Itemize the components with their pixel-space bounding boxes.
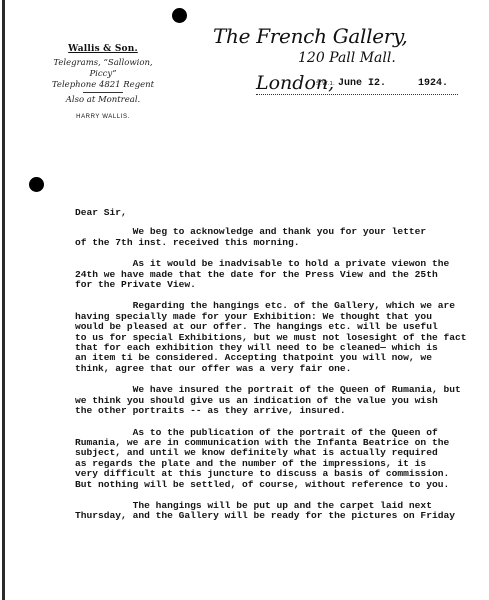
telephone-line: Telephone 4821 Regent	[48, 80, 158, 91]
paragraph: The hangings will be put up and the carp…	[75, 501, 485, 522]
letterhead-left: Wallis & Son. Telegrams, “Sallowion, Pic…	[48, 44, 158, 120]
paragraph: Regarding the hangings etc. of the Galle…	[75, 301, 485, 374]
paragraph: As to the publication of the portrait of…	[75, 428, 485, 490]
telegrams-line: Telegrams, “Sallowion, Piccy”	[48, 58, 158, 80]
salutation: Dear Sir,	[75, 208, 485, 218]
page-left-edge	[2, 0, 5, 600]
gallery-address: 120 Pall Mall.	[298, 50, 396, 66]
gallery-name: The French Gallery,	[213, 24, 407, 48]
letter-body: Dear Sir, We beg to acknowledge and than…	[75, 208, 485, 533]
paragraph: We have insured the portrait of the Quee…	[75, 385, 485, 416]
paragraph: As it would be inadvisable to hold a pri…	[75, 259, 485, 290]
punch-hole-top	[172, 8, 187, 23]
divider	[83, 92, 123, 93]
letter-date: June I2.	[338, 78, 386, 89]
letter-year: 1924.	[418, 78, 448, 89]
punch-hole-left	[29, 177, 44, 192]
postal-district: S.W.1.	[316, 81, 335, 87]
proprietor-name: HARRY WALLIS.	[48, 114, 158, 120]
date-line: London, S.W.1. June I2. 1924.	[256, 72, 458, 95]
paragraph: We beg to acknowledge and thank you for …	[75, 227, 485, 248]
firm-name: Wallis & Son.	[48, 44, 158, 54]
also-at-line: Also at Montreal.	[48, 95, 158, 106]
